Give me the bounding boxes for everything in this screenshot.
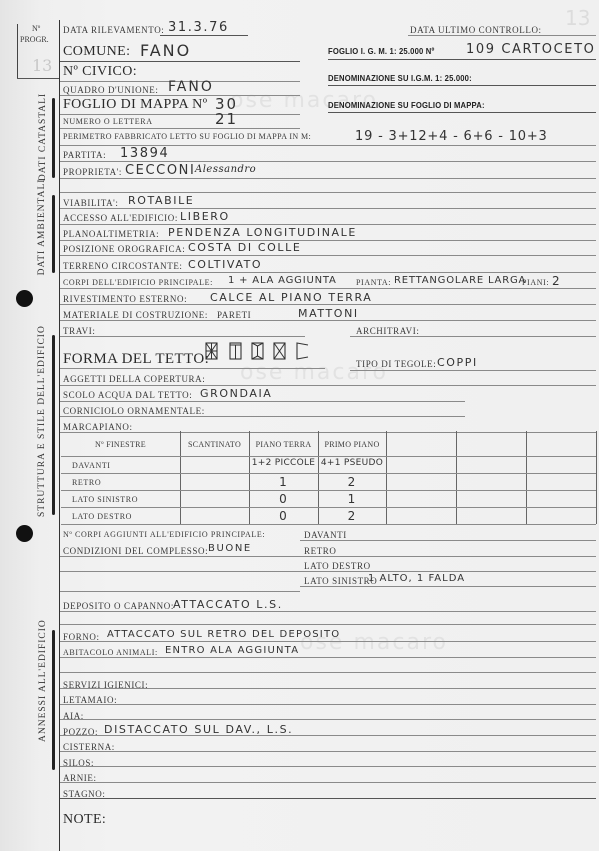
section-label-struttura: STRUTTURA E STILE DELL'EDIFICIO (37, 337, 47, 517)
accesso-label: ACCESSO ALL'EDIFICIO: (63, 213, 178, 223)
progr-label: PROGR. (20, 35, 49, 44)
posizione-label: POSIZIONE OROGRAFICA: (63, 244, 185, 254)
table-header: Nº FINESTRE (61, 440, 180, 449)
table-cell-primo-piano[interactable]: 2 (318, 509, 386, 523)
condizioni-label: CONDIZIONI DEL COMPLESSO: (63, 546, 208, 556)
denom-igm-label: DENOMINAZIONE SU I.G.M. 1: 25.000: (328, 73, 472, 83)
perimetro-value[interactable]: 19 - 3+12+4 - 6+6 - 10+3 (355, 129, 548, 144)
abitacolo-label: ABITACOLO ANIMALI: (63, 648, 158, 657)
igm-value[interactable]: 109 CARTOCETO (466, 42, 595, 57)
roof-hip-selected-icon[interactable] (205, 342, 218, 360)
roof-gable-alt-icon[interactable] (251, 342, 264, 360)
viabilita-label: VIABILITA': (63, 198, 119, 208)
brace (52, 335, 55, 515)
architravi-label: ARCHITRAVI: (356, 326, 419, 336)
materiale-pareti-label: PARETI (217, 310, 251, 320)
tegole-label: TIPO DI TEGOLE: (356, 359, 436, 369)
data-rilevamento-value[interactable]: 31.3.76 (168, 20, 229, 35)
denom-mappa-label: DENOMINAZIONE SU FOGLIO DI MAPPA: (328, 100, 485, 110)
table-row-label: RETRO (72, 478, 101, 487)
punch-hole (16, 290, 33, 307)
accesso-value[interactable]: LIBERO (180, 210, 230, 223)
table-row-rule (61, 456, 596, 457)
igm-label: FOGLIO I. G. M. 1: 25.000 Nº (328, 46, 434, 56)
tegole-value[interactable]: COPPI (437, 356, 478, 369)
terreno-label: TERRENO CIRCOSTANTE: (63, 261, 183, 271)
table-cell-piano-terra[interactable]: 1+2 PICCOLE (249, 458, 318, 468)
table-cell-piano-terra[interactable]: 1 (249, 475, 318, 489)
survey-form-page: ose macaro ose macaro ose macaro 13 Nº P… (0, 0, 599, 851)
deposito-value[interactable]: ATTACCATO L.S. (173, 598, 283, 611)
corpi-aggiunti-label: Nº CORPI AGGIUNTI ALL'EDIFICIO PRINCIPAL… (63, 530, 265, 539)
table-row-rule (61, 473, 596, 474)
table-row-label: LATO DESTRO (72, 512, 132, 521)
quadro-value[interactable]: FANO (168, 79, 214, 95)
materiale-label: MATERIALE DI COSTRUZIONE: (63, 310, 208, 320)
partita-label: PARTITA: (63, 150, 106, 160)
table-column-rule (456, 431, 457, 524)
condizioni-value[interactable]: BUONE (208, 543, 252, 554)
foglio-label: FOGLIO DI MAPPA Nº (63, 97, 207, 113)
lato-sinistro-label: LATO SINISTRO (304, 576, 377, 586)
corner-stamp: 13 (565, 6, 590, 30)
punch-hole (16, 525, 33, 542)
terreno-value[interactable]: COLTIVATO (188, 258, 262, 271)
numero-value[interactable]: 21 (215, 110, 238, 128)
table-header: SCANTINATO (180, 440, 249, 449)
note-label: NOTE: (63, 812, 106, 828)
table-column-rule (526, 431, 527, 524)
piani-value[interactable]: 2 (552, 274, 561, 288)
table-cell-piano-terra[interactable]: 0 (249, 492, 318, 506)
table-row-rule (61, 524, 596, 525)
data-rilevamento-label: DATA RILEVAMENTO: (63, 25, 164, 35)
posizione-value[interactable]: COSTA DI COLLE (188, 241, 301, 254)
aggetti-label: AGGETTI DELLA COPERTURA: (63, 374, 205, 384)
marcapiano-label: MARCAPIANO: (63, 422, 133, 432)
planoaltimetria-value[interactable]: PENDENZA LONGITUDINALE (168, 226, 357, 239)
perimetro-label: PERIMETRO FABBRICATO LETTO SU FOGLIO DI … (63, 132, 311, 141)
rivestimento-value[interactable]: CALCE AL PIANO TERRA (210, 291, 372, 304)
table-column-rule (386, 431, 387, 524)
progr-value: 13 (32, 56, 52, 75)
retro-label: RETRO (304, 546, 337, 556)
section-label-dati-catastali: DATI CATASTALI (38, 92, 48, 182)
roof-pavilion-icon[interactable] (273, 342, 286, 360)
brace (52, 98, 55, 178)
table-cell-piano-terra[interactable]: 0 (249, 509, 318, 523)
table-cell-primo-piano[interactable]: 4+1 PSEUDO (318, 458, 386, 468)
table-cell-primo-piano[interactable]: 1 (318, 492, 386, 506)
table-row-rule (61, 490, 596, 491)
abitacolo-value[interactable]: ENTRO ALA AGGIUNTA (165, 645, 299, 656)
section-label-annessi: ANNESSI ALL'EDIFICIO (38, 632, 48, 742)
numero-label: NUMERO o LETTERA (63, 117, 153, 126)
travi-label: TRAVI: (63, 326, 95, 336)
corpi-value[interactable]: 1 + ALA AGGIUNTA (228, 275, 337, 286)
partita-value[interactable]: 13894 (120, 146, 169, 161)
table-row-label: LATO SINISTRO (72, 495, 138, 504)
brace (52, 195, 55, 273)
comune-value[interactable]: FANO (140, 41, 191, 60)
davanti-label: DAVANTI (304, 530, 347, 540)
lato-destro-label: LATO DESTRO (304, 561, 371, 571)
cornicione-label: CORNICIOLO ORNAMENTALE: (63, 406, 205, 416)
table-header: PIANO TERRA (249, 440, 318, 449)
roof-gable-icon[interactable] (229, 342, 242, 360)
comune-label: COMUNE: (63, 44, 130, 60)
civico-label: Nº CIVICO: (63, 64, 137, 80)
scolo-label: SCOLO ACQUA DAL TETTO: (63, 390, 192, 400)
section-label-dati-ambientali: DATI AMBIENTALI (37, 177, 47, 277)
forma-tetto-label: FORMA DEL TETTO: (63, 351, 209, 368)
deposito-label: DEPOSITO o CAPANNO: (63, 601, 174, 611)
proprieta-value[interactable]: CECCONI (125, 163, 195, 178)
corpi-label: CORPI DELL'EDIFICIO PRINCIPALE: (63, 278, 213, 287)
planoaltimetria-label: PLANOALTIMETRIA: (63, 229, 159, 239)
table-column-rule (596, 431, 597, 524)
rivestimento-label: RIVESTIMENTO ESTERNO: (63, 294, 187, 304)
data-ultimo-controllo-label: DATA ULTIMO CONTROLLO: (410, 25, 542, 35)
pianta-label: PIANTA: (356, 278, 391, 287)
viabilita-value[interactable]: ROTABILE (128, 194, 194, 207)
materiale-value[interactable]: MATTONI (298, 307, 359, 320)
table-row-rule (61, 507, 596, 508)
scolo-value[interactable]: GRONDAIA (200, 387, 272, 400)
piani-label: PIANI: (522, 278, 549, 287)
proprieta-label: PROPRIETA': (63, 167, 122, 177)
table-row-label: DAVANTI (72, 461, 111, 470)
pianta-value[interactable]: RETTANGOLARE LARGA (394, 275, 526, 286)
table-cell-primo-piano[interactable]: 2 (318, 475, 386, 489)
quadro-label: QUADRO D'UNIONE: (63, 85, 158, 95)
proprieta-value-2[interactable]: Alessandro (195, 164, 256, 175)
lato-sinistro-value[interactable]: 1 ALTO, 1 FALDA (368, 573, 465, 584)
roof-shed-icon[interactable] (296, 342, 309, 360)
forno-value[interactable]: ATTACCATO SUL RETRO DEL DEPOSITO (107, 629, 340, 640)
table-header: PRIMO PIANO (318, 440, 386, 449)
progr-label: Nº (32, 24, 40, 33)
brace (52, 630, 55, 770)
